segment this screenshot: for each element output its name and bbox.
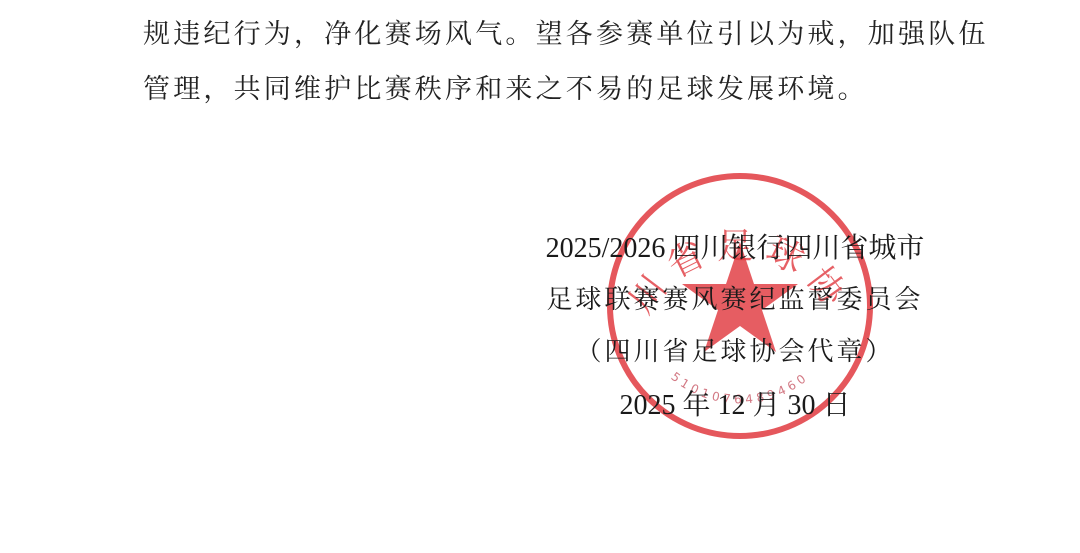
signature-organization-line-2: 足球联赛赛风赛纪监督委员会 (470, 279, 1000, 316)
signature-seal-note: （四川省足球协会代章） (470, 331, 1000, 368)
signature-organization-line-1: 2025/2026 四川银行四川省城市 (470, 226, 1000, 266)
body-paragraph-line-1: 规违纪行为，净化赛场风气。望各参赛单位引以为戒，加强队伍 (143, 12, 989, 51)
body-paragraph-line-2: 管理，共同维护比赛秩序和来之不易的足球发展环境。 (143, 67, 868, 106)
signature-date: 2025 年 12 月 30 日 (470, 383, 1000, 423)
